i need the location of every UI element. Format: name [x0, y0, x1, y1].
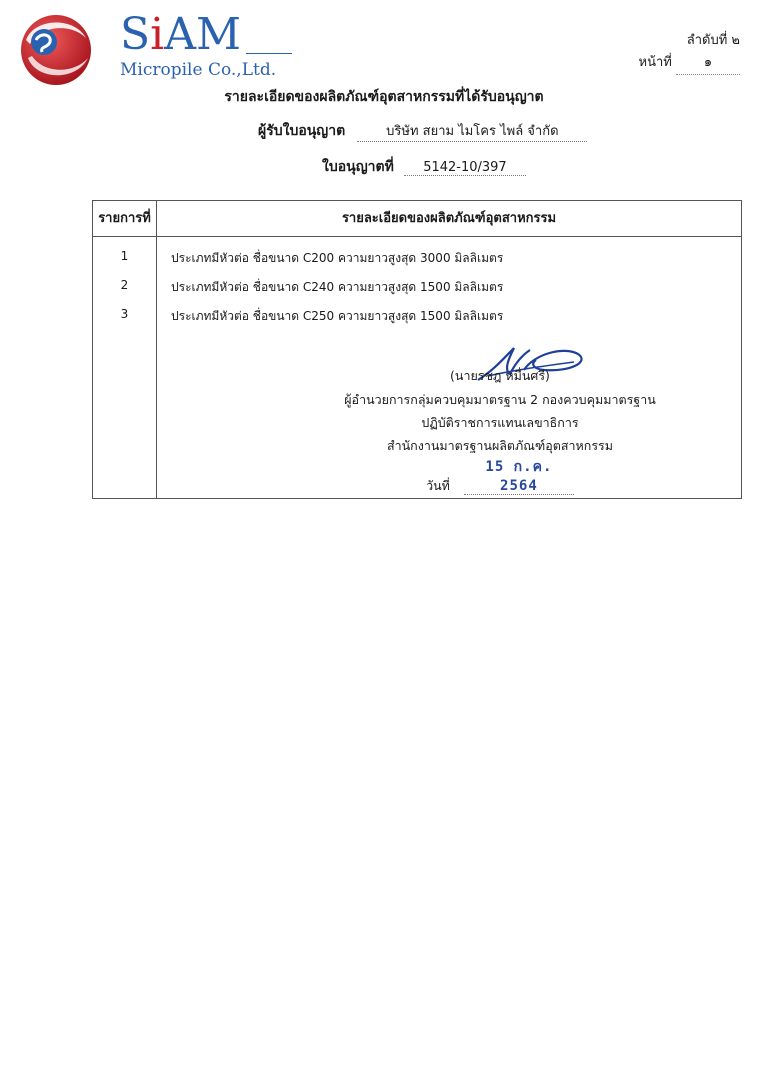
row-description: ประเภทมีหัวต่อ ชื่อขนาด C200 ความยาวสูงส…	[171, 249, 503, 268]
signatory-position: ผู้อำนวยการกลุ่มควบคุมมาตรฐาน 2 กองควบคุ…	[300, 390, 700, 410]
signature-date: วันที่ 15 ก.ค. 2564	[300, 456, 700, 496]
header-description: รายละเอียดของผลิตภัณฑ์อุตสาหกรรม	[157, 201, 741, 236]
logo-subtitle: Micropile Co.,Ltd.	[120, 60, 276, 80]
document-title: รายละเอียดของผลิตภัณฑ์อุตสาหกรรมที่ได้รั…	[0, 86, 768, 108]
date-label: วันที่	[426, 478, 450, 493]
license-number-label: ใบอนุญาตที่	[322, 159, 394, 175]
date-stamp: 15 ก.ค. 2564	[464, 456, 574, 495]
header-item-no: รายการที่	[93, 201, 156, 236]
table-row: 1 ประเภทมีหัวต่อ ชื่อขนาด C200 ความยาวสู…	[93, 243, 741, 271]
license-number-value: 5142-10/397	[404, 160, 526, 176]
row-number: 1	[93, 249, 156, 263]
page-number: หน้าที่ ๑	[639, 52, 740, 75]
logo-swirl-icon	[14, 10, 96, 86]
logo-underline	[246, 53, 292, 54]
licensee-label: ผู้รับใบอนุญาต	[258, 123, 345, 139]
licensee-field: ผู้รับใบอนุญาต บริษัท สยาม ไมโคร ไพล์ จำ…	[258, 120, 587, 142]
signatory-office: สำนักงานมาตรฐานผลิตภัณฑ์อุตสาหกรรม	[300, 436, 700, 456]
row-number: 3	[93, 307, 156, 321]
table-row: 3 ประเภทมีหัวต่อ ชื่อขนาด C250 ความยาวสู…	[93, 301, 741, 329]
header-divider	[93, 236, 741, 237]
signatory-name: (นายรชฎ หมื่นศรี)	[300, 366, 700, 386]
license-number-field: ใบอนุญาตที่ 5142-10/397	[322, 156, 526, 178]
signatory-acting-for: ปฏิบัติราชการแทนเลขาธิการ	[300, 413, 700, 433]
sequence-number: ลำดับที่ ๒	[639, 30, 740, 52]
company-logo: SiAM Micropile Co.,Ltd.	[14, 10, 304, 86]
row-number: 2	[93, 278, 156, 292]
logo-wordmark: SiAM	[120, 10, 241, 60]
row-description: ประเภทมีหัวต่อ ชื่อขนาด C240 ความยาวสูงส…	[171, 278, 503, 297]
page-reference: ลำดับที่ ๒ หน้าที่ ๑	[639, 30, 740, 75]
licensee-value: บริษัท สยาม ไมโคร ไพล์ จำกัด	[357, 120, 587, 142]
row-description: ประเภทมีหัวต่อ ชื่อขนาด C250 ความยาวสูงส…	[171, 307, 503, 326]
table-row: 2 ประเภทมีหัวต่อ ชื่อขนาด C240 ความยาวสู…	[93, 272, 741, 300]
